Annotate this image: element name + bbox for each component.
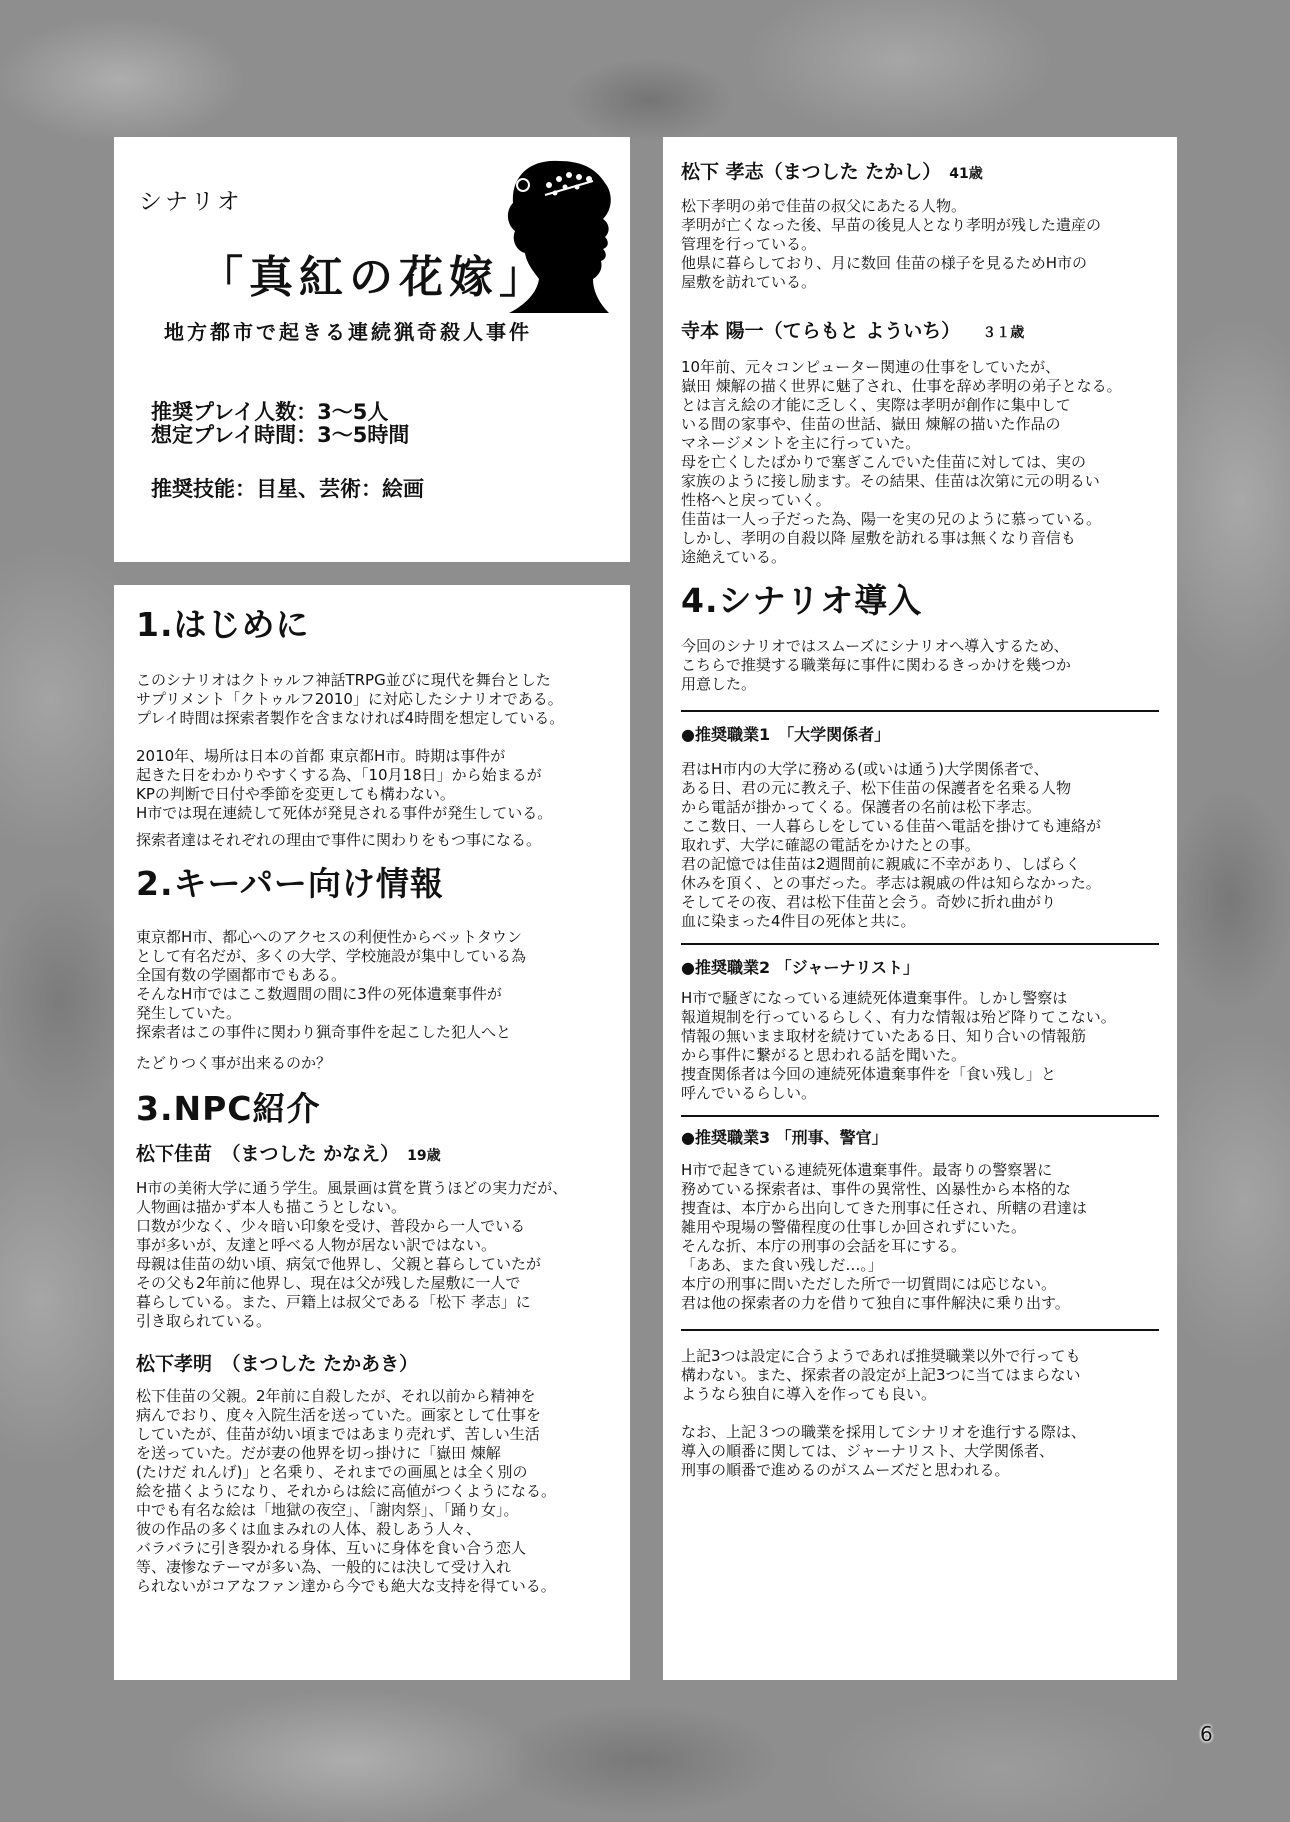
occupation-text: H市で騒ぎになっている連続死体遺棄事件。しかし警察は 報道規制を行っているらしく…: [681, 989, 1159, 1103]
intro-paragraph: 2010年、場所は日本の首都 東京都H市。時期は事件が 起きた日をわかりやすくす…: [136, 747, 608, 823]
intro-paragraph: このシナリオはクトゥルフ神話TRPG並びに現代を舞台とした サプリメント「クトゥ…: [136, 671, 608, 728]
npc-name: 松下 孝志（まつした たかし）41歳: [681, 159, 1159, 187]
npc-description: 松下佳苗の父親。2年前に自殺したが、それ以前から精神を 病んでおり、度々入院生活…: [136, 1387, 608, 1596]
occupation-entry: ●推奨職業3 「刑事、警官」 H市で起きている連続死体遺棄事件。最寄りの警察署に…: [681, 1127, 1159, 1313]
npc-name-text: 松下孝明 （まつした たかあき）: [136, 1353, 418, 1375]
scenario-specs: 推奨プレイ人数：3〜5人 想定プレイ時間：3〜5時間: [151, 401, 409, 447]
npc-age: 41歳: [949, 166, 982, 182]
keeper-info-paragraph: たどりつく事が出来るのか？: [136, 1054, 608, 1073]
occupation-title: ●推奨職業3 「刑事、警官」: [681, 1127, 1159, 1149]
occupation-title: ●推奨職業1 「大学関係者」: [681, 724, 1159, 746]
npc-description: 10年前、元々コンピューター関連の仕事をしていたが、 嶽田 煉解の描く世界に魅了…: [681, 358, 1159, 567]
npc-entry: 松下孝明 （まつした たかあき） 松下佳苗の父親。2年前に自殺したが、それ以前か…: [136, 1351, 608, 1596]
scenario-intro-note: なお、上記３つの職業を採用してシナリオを進行する際は、 導入の順番に関しては、ジ…: [681, 1423, 1159, 1480]
npc-name-text: 寺本 陽一（てらもと よういち）: [681, 320, 960, 342]
left-content-panel: 1.はじめに このシナリオはクトゥルフ神話TRPG並びに現代を舞台とした サプリ…: [114, 585, 630, 1680]
right-content-panel: 松下 孝志（まつした たかし）41歳 松下孝明の弟で佳苗の叔父にあたる人物。 孝…: [663, 137, 1177, 1680]
npc-name: 寺本 陽一（てらもと よういち）３１歳: [681, 318, 1159, 346]
occupation-entry: ●推奨職業1 「大学関係者」 君はH市内の大学に務める(或いは通う)大学関係者で…: [681, 724, 1159, 931]
title-panel: シナリオ 「真紅の花嫁」 地方都市で起きる連続猟奇殺人事件 推奨プレイ人数：3〜…: [114, 137, 630, 562]
npc-description: H市の美術大学に通う学生。風景画は賞を貰うほどの実力だが、 人物画は描かず本人も…: [136, 1179, 608, 1331]
npc-name-text: 松下佳苗 （まつした かなえ）: [136, 1143, 399, 1165]
npc-age: 19歳: [407, 1148, 440, 1164]
npc-entry: 松下佳苗 （まつした かなえ）19歳 H市の美術大学に通う学生。風景画は賞を貰う…: [136, 1141, 608, 1331]
recommended-players: 推奨プレイ人数：3〜5人: [151, 401, 409, 424]
section-heading-keeper-info: 2.キーパー向け情報: [136, 864, 608, 904]
occupation-text: H市で起きている連続死体遺棄事件。最寄りの警察署に 務めている探索者は、事件の異…: [681, 1161, 1159, 1313]
npc-description: 松下孝明の弟で佳苗の叔父にあたる人物。 孝明が亡くなった後、早苗の後見人となり孝…: [681, 197, 1159, 292]
occupation-title: ●推奨職業2 「ジャーナリスト」: [681, 957, 1159, 979]
scenario-label: シナリオ: [139, 183, 243, 216]
npc-age: ３１歳: [982, 325, 1024, 341]
page-number: 6: [1200, 1722, 1213, 1746]
npc-name: 松下佳苗 （まつした かなえ）19歳: [136, 1141, 608, 1169]
section-heading-scenario-intro: 4.シナリオ導入: [681, 581, 1159, 621]
section-heading-npc: 3.NPC紹介: [136, 1089, 608, 1129]
section-heading-intro: 1.はじめに: [136, 605, 608, 645]
divider: [681, 1115, 1159, 1117]
occupation-text: 君はH市内の大学に務める(或いは通う)大学関係者で、 ある日、君の元に教え子、松…: [681, 760, 1159, 931]
divider: [681, 943, 1159, 945]
npc-entry: 松下 孝志（まつした たかし）41歳 松下孝明の弟で佳苗の叔父にあたる人物。 孝…: [681, 159, 1159, 292]
scenario-subtitle: 地方都市で起きる連続猟奇殺人事件: [164, 316, 532, 345]
npc-entry: 寺本 陽一（てらもと よういち）３１歳 10年前、元々コンピューター関連の仕事を…: [681, 318, 1159, 567]
keeper-info-paragraph: 東京都H市、都心へのアクセスの利便性からベットタウン として有名だが、多くの大学…: [136, 928, 608, 1042]
play-time: 想定プレイ時間：3〜5時間: [151, 424, 409, 447]
divider: [681, 710, 1159, 712]
scenario-intro-note: 上記3つは設定に合うようであれば推奨職業以外で行っても 構わない。また、探索者の…: [681, 1347, 1159, 1404]
scenario-title: 「真紅の花嫁」: [199, 241, 549, 305]
divider: [681, 1329, 1159, 1331]
occupation-entry: ●推奨職業2 「ジャーナリスト」 H市で騒ぎになっている連続死体遺棄事件。しかし…: [681, 957, 1159, 1103]
recommended-skills: 推奨技能：目星、芸術：絵画: [151, 478, 424, 501]
npc-name-text: 松下 孝志（まつした たかし）: [681, 161, 941, 183]
npc-name: 松下孝明 （まつした たかあき）: [136, 1351, 608, 1377]
intro-paragraph: 探索者達はそれぞれの理由で事件に関わりをもつ事になる。: [136, 831, 608, 850]
scenario-intro-lead: 今回のシナリオではスムーズにシナリオへ導入するため、 こちらで推奨する職業毎に事…: [681, 637, 1159, 694]
